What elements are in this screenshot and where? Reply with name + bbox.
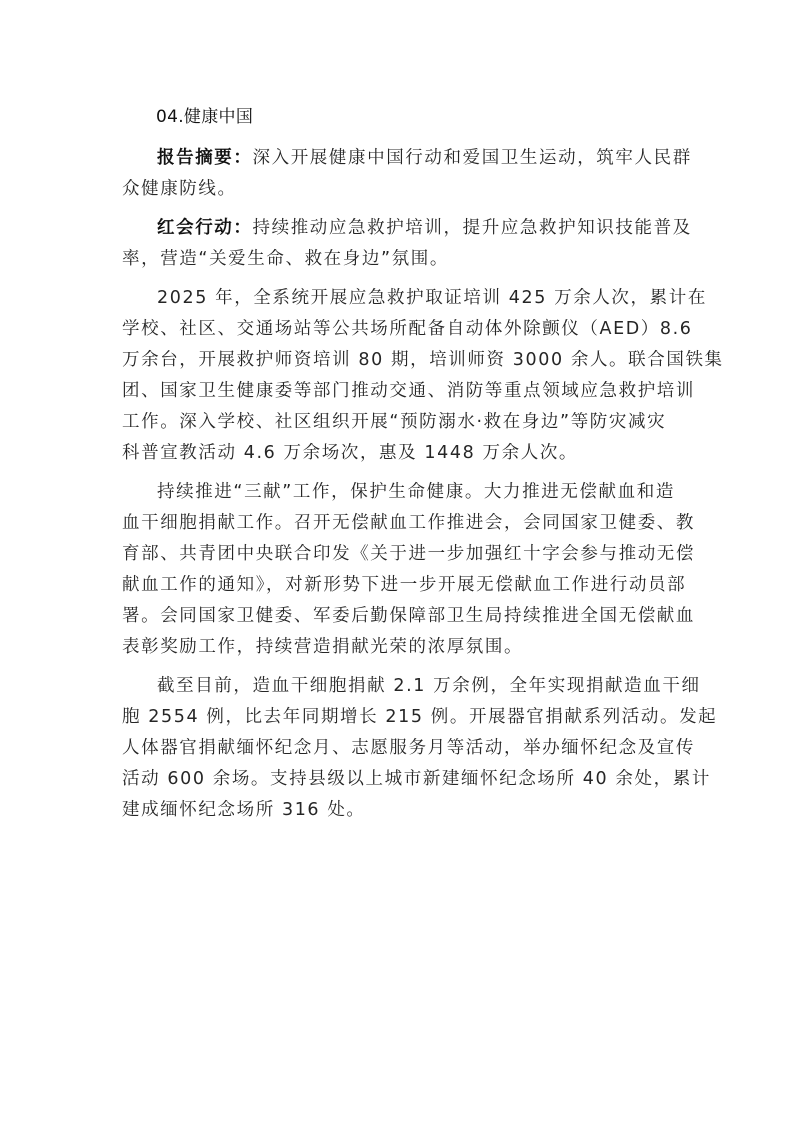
report-summary-label: 报告摘要：	[157, 148, 253, 168]
paragraph-line: 建成缅怀纪念场所 316 处。	[122, 795, 675, 826]
redcross-action-text-line: 持续推动应急救护培训，提升应急救护知识技能普及	[253, 218, 692, 238]
paragraph-line: 科普宣教活动 4.6 万余场次，惠及 1448 万余人次。	[122, 438, 675, 469]
paragraph-line: 育部、共青团中央联合印发《关于进一步加强红十字会参与推动无偿	[122, 539, 675, 570]
paragraph-line: 学校、社区、交通场站等公共场所配备自动体外除颤仪（AED）8.6	[122, 314, 675, 345]
first-aid-training-paragraph: 2025 年，全系统开展应急救护取证培训 425 万余人次，累计在 学校、社区、…	[122, 283, 675, 469]
redcross-action-paragraph: 红会行动：持续推动应急救护培训，提升应急救护知识技能普及 率，营造“关爱生命、救…	[122, 213, 675, 275]
redcross-action-label: 红会行动：	[157, 218, 253, 238]
paragraph-line: 团、国家卫生健康委等部门推动交通、消防等重点领域应急救护培训	[122, 376, 675, 407]
paragraph-line: 万余台，开展救护师资培训 80 期，培训师资 3000 余人。联合国铁集	[122, 345, 675, 376]
paragraph-line: 截至目前，造血干细胞捐献 2.1 万余例，全年实现捐献造血干细	[122, 671, 675, 702]
document-page: 04.健康中国 报告摘要：深入开展健康中国行动和爱国卫生运动，筑牢人民群 众健康…	[122, 103, 675, 834]
report-summary-paragraph: 报告摘要：深入开展健康中国行动和爱国卫生运动，筑牢人民群 众健康防线。	[122, 143, 675, 205]
paragraph-line: 表彰奖励工作，持续营造捐献光荣的浓厚氛围。	[122, 632, 675, 663]
paragraph-line: 署。会同国家卫健委、军委后勤保障部卫生局持续推进全国无偿献血	[122, 601, 675, 632]
paragraph-line: 工作。深入学校、社区组织开展“预防溺水·救在身边”等防灾减灾	[122, 407, 675, 438]
paragraph-line: 2025 年，全系统开展应急救护取证培训 425 万余人次，累计在	[122, 283, 675, 314]
section-title: 04.健康中国	[156, 103, 675, 131]
paragraph-line: 持续推进“三献”工作，保护生命健康。大力推进无偿献血和造	[122, 477, 675, 508]
redcross-action-text-line: 率，营造“关爱生命、救在身边”氛围。	[122, 244, 675, 275]
report-summary-text-line: 深入开展健康中国行动和爱国卫生运动，筑牢人民群	[253, 148, 692, 168]
paragraph-line: 胞 2554 例，比去年同期增长 215 例。开展器官捐献系列活动。发起	[122, 702, 675, 733]
report-summary-text-line: 众健康防线。	[122, 174, 675, 205]
paragraph-line: 活动 600 余场。支持县级以上城市新建缅怀纪念场所 40 余处，累计	[122, 764, 675, 795]
stem-cell-organ-donation-paragraph: 截至目前，造血干细胞捐献 2.1 万余例，全年实现捐献造血干细 胞 2554 例…	[122, 671, 675, 826]
paragraph-line: 献血工作的通知》，对新形势下进一步开展无偿献血工作进行动员部	[122, 570, 675, 601]
three-donations-paragraph: 持续推进“三献”工作，保护生命健康。大力推进无偿献血和造 血干细胞捐献工作。召开…	[122, 477, 675, 663]
paragraph-line: 人体器官捐献缅怀纪念月、志愿服务月等活动，举办缅怀纪念及宣传	[122, 733, 675, 764]
paragraph-line: 血干细胞捐献工作。召开无偿献血工作推进会，会同国家卫健委、教	[122, 508, 675, 539]
